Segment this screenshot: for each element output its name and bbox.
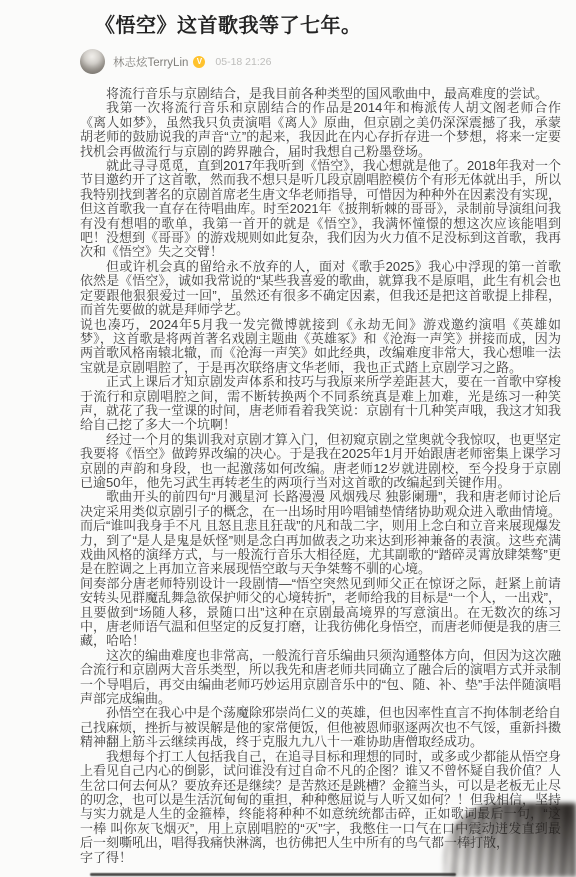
post-paragraph: 孙悟空在我心中是个荡魔除邪崇尚仁义的英雄，但也因率性直言不拘体制老给自己找麻烦，… xyxy=(80,706,561,749)
post-paragraph: 歌曲开头的前四句“月溅星河 长路漫漫 风烟残尽 独影阑珊”，我和唐老师讨论后决定… xyxy=(80,490,561,576)
avatar[interactable] xyxy=(80,49,105,74)
post-title: 《悟空》这首歌我等了七年。 xyxy=(0,0,576,40)
post-paragraph: 这次的编曲难度也非常高，一般流行音乐编曲只须沟通整体方向，但因为这次融合流行和京… xyxy=(80,649,561,707)
post-paragraph: 但或许机会真的留给永不放弃的人，面对《歌手2025》我心中浮现的第一首歌依然是《… xyxy=(80,260,561,318)
post-paragraph: 我第一次将流行音乐和京剧结合的作品是2014年和梅派传人胡文阁老师合作《离人如梦… xyxy=(80,101,561,159)
post-paragraph: 经过一个月的集训我对京剧才算入门，但初窥京剧之堂奥就令我惊叹，也更坚定我要将《悟… xyxy=(80,433,561,491)
verified-badge-icon: V xyxy=(193,56,205,68)
bottom-edge-line xyxy=(90,873,456,876)
post-paragraph: 将流行音乐与京剧结合，是我目前各种类型的国风歌曲中，最高难度的尝试。 xyxy=(80,87,561,101)
post-paragraph: 正式上课后才知京剧发声体系和技巧与我原来所学差距甚大，要在一首歌中穿梭于流行和京… xyxy=(80,375,561,433)
post-body: 将流行音乐与京剧结合，是我目前各种类型的国风歌曲中，最高难度的尝试。 我第一次将… xyxy=(80,87,561,865)
author-row: 林志炫TerryLin V 05-18 21:26 xyxy=(80,49,562,74)
post-paragraph: 就此寻寻觅觅，直到2017年我听到《悟空》，我心想就是他了。2018年我对一个节… xyxy=(80,159,561,260)
post-timestamp: 05-18 21:26 xyxy=(215,56,271,68)
post-paragraph: 间奏部分唐老师特别设计一段剧情—“悟空突然见到师父正在惊讶之际，赶紧上前请安转头… xyxy=(80,577,561,649)
post-paragraph: 说也凑巧，2024年5月我一发完微博就接到《永劫无间》游戏邀约演唱《英雄如梦》，… xyxy=(80,318,561,376)
author-name[interactable]: 林志炫TerryLin xyxy=(113,54,188,70)
photo-smudge-artifact xyxy=(444,803,576,877)
weibo-post-page: 《悟空》这首歌我等了七年。 林志炫TerryLin V 05-18 21:26 … xyxy=(0,0,576,877)
